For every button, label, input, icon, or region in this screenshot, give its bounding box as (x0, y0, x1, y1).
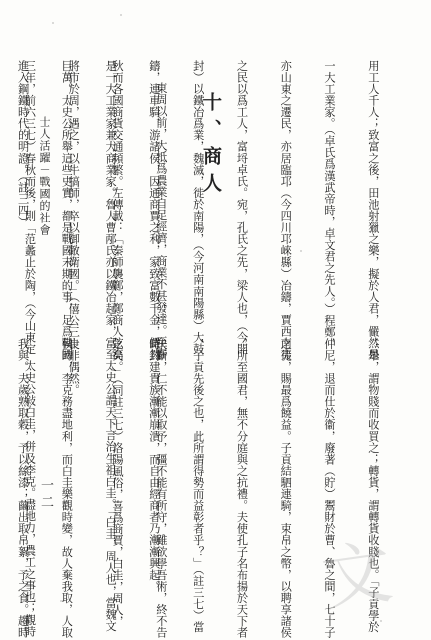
section-heading: 十、商人 (198, 92, 225, 200)
page-number: 一二 (36, 478, 55, 512)
text-column: 之矣。」（同註三七）洛陽風俗，喜爲商賈，白圭，周人， (109, 338, 124, 503)
scan-speck (60, 600, 62, 602)
text-column: 東周以前，大抵爲農業自足經濟，商業不甚發達。至春 (153, 60, 168, 230)
text-block-bottom-left: 決斷，仁不能以取予，彊不能有所守，雖欲學吾術，終不告 之矣。」（同註三七）洛陽風… (0, 338, 197, 503)
text-column: 之徒，賜最爲饒益。子貢結駟連騎，束帛之幣，以聘享諸侯 (278, 338, 293, 503)
scan-speck (52, 22, 54, 24)
text-column: 秋而各國商貨交通頻繁。左傳載：「秦師襲鄭，鄭商人弦高 (109, 60, 124, 230)
text-column: ；舉，謂物賤而收買之；轉貨，謂轉貨收賤也。「子貢學於 (365, 338, 380, 503)
text-column: ，所至國君，無不分庭與之抗禮。夫使孔子名布揚於天下者 (234, 338, 249, 503)
scan-speck (380, 620, 382, 622)
text-column: 決斷，仁不能以取予，彊不能有所守，雖欲學吾術，終不告 (153, 338, 168, 503)
text-column: 一大工業家。（卓氏爲漢武帝時，卓文君之先人。）程鄭， (321, 60, 336, 230)
text-column: 亦山東之遷民，亦居臨邛（今四川邛崍縣）冶鑄，賈西南夷 (278, 60, 293, 230)
text-column: 仲尼，退而仕於衞，廢著（貯）鬻財於曹、魯之間，七十子 (321, 338, 336, 503)
text-column: 之民以爲工人，富埒卓氏。宛，孔氏之先，梁人也，（今開 (234, 60, 249, 230)
text-column: 將市於周，遇之，以牛犒師，卒以御敵衛國。」（僖公三十 (66, 60, 81, 230)
text-block-top-left: 東周以前，大抵爲農業自足經濟，商業不甚發達。至春 秋而各國商貨交通頻繁。左傳載：… (0, 60, 197, 230)
scan-speck (120, 14, 122, 16)
text-column: 良非偶然。 (66, 338, 81, 503)
text-column: 用工人千人；致富之後，田池射獵之樂，擬於人君，儼然是 (365, 60, 380, 230)
text-column: 三年，前六三七）春秋而後，則「范蠡止於陶，（今山東定 (22, 60, 37, 230)
scan-speck (300, 250, 302, 252)
running-footer: 士人活躍－戰國的社會 (36, 116, 52, 236)
book-page: 用工人千人；致富之後，田池射獵之樂，擬於人君，儼然是 一大工業家。（卓氏爲漢武帝… (0, 0, 431, 640)
text-column: 太史公敍白圭，併及李克。盡地力，農工之事也；觀時 (22, 338, 37, 503)
